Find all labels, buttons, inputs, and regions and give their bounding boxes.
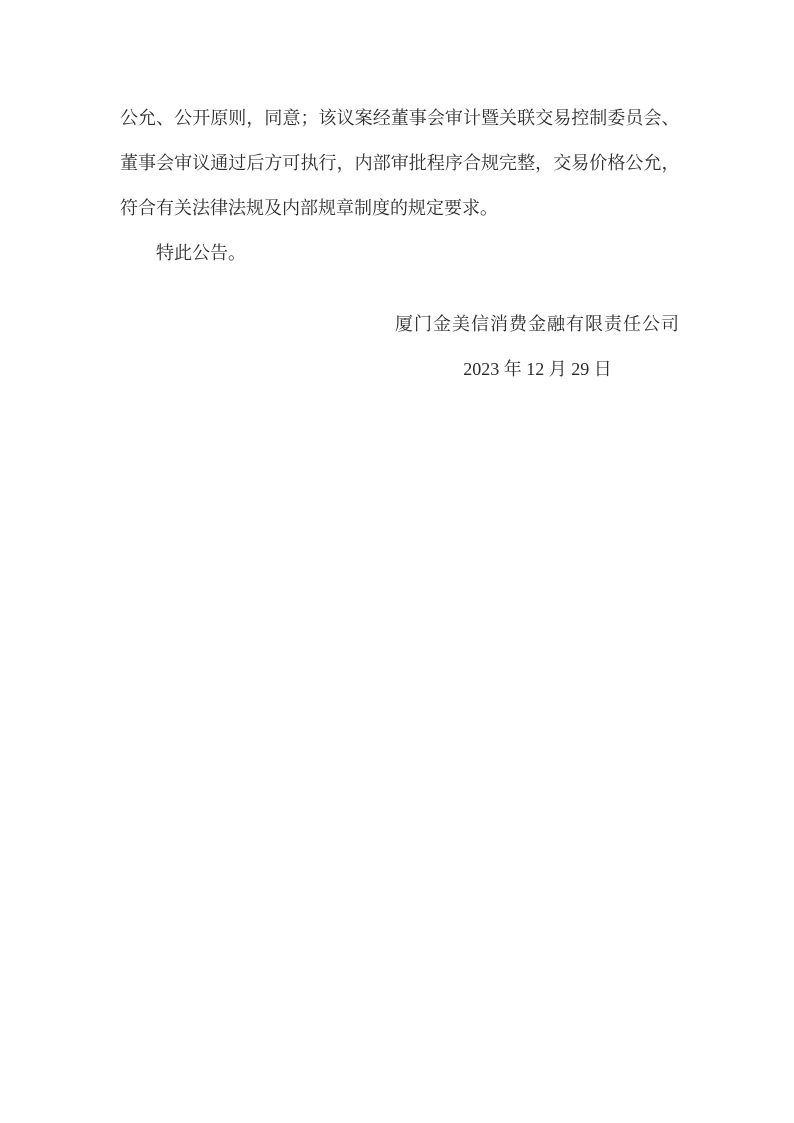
closing-statement: 特此公告。 — [120, 231, 678, 276]
paragraph-line-3: 符合有关法律法规及内部规章制度的规定要求。 — [120, 186, 678, 231]
signature-date: 2023 年 12 月 29 日 — [395, 347, 680, 392]
signature-company-name: 厦门金美信消费金融有限责任公司 — [395, 302, 680, 347]
document-page: 公允、公开原则，同意；该议案经董事会审计暨关联交易控制委员会、 董事会审议通过后… — [0, 0, 794, 1123]
paragraph-line-2: 董事会审议通过后方可执行，内部审批程序合规完整，交易价格公允， — [120, 141, 678, 186]
document-body: 公允、公开原则，同意；该议案经董事会审计暨关联交易控制委员会、 董事会审议通过后… — [120, 96, 678, 392]
signature-block: 厦门金美信消费金融有限责任公司 2023 年 12 月 29 日 — [395, 302, 680, 392]
paragraph-audit-conclusion: 公允、公开原则，同意；该议案经董事会审计暨关联交易控制委员会、 董事会审议通过后… — [120, 96, 678, 231]
paragraph-line-1: 公允、公开原则，同意；该议案经董事会审计暨关联交易控制委员会、 — [120, 96, 678, 141]
